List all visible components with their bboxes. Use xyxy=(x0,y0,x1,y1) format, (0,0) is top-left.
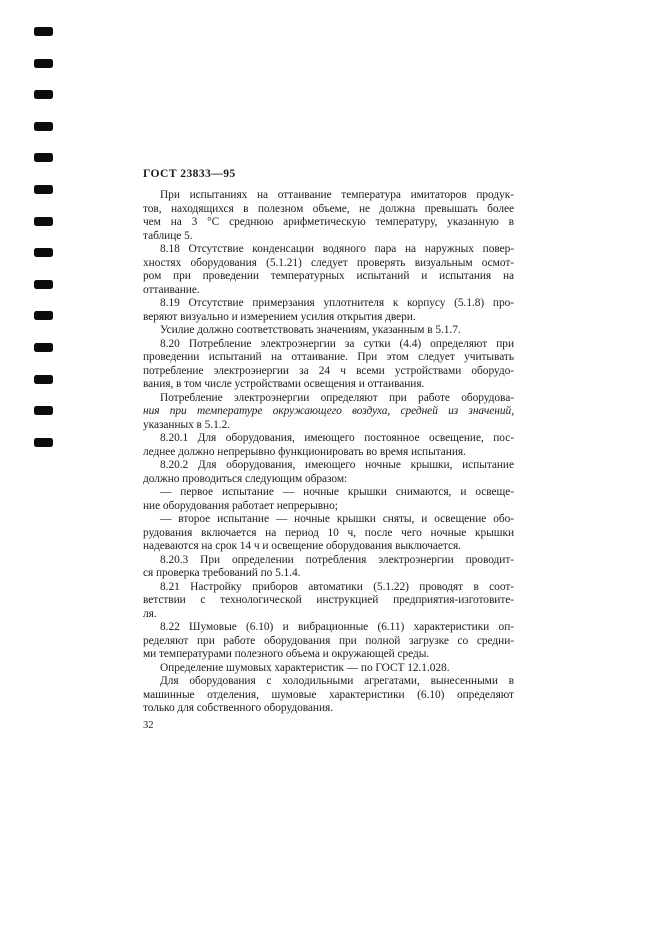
text-line: 8.21 Настройку приборов автоматики (5.1.… xyxy=(143,581,514,595)
paragraph: 8.20.1 Для оборудования, имеющего постоя… xyxy=(143,432,514,459)
paragraph: Для оборудования с холодильными агрегата… xyxy=(143,675,514,716)
text-line: ределяют при работе оборудования при пол… xyxy=(143,635,514,649)
paragraph: 8.22 Шумовые (6.10) и вибрационные (6.11… xyxy=(143,621,514,662)
text-line: чем на 3 °С среднюю арифметическую темпе… xyxy=(143,216,514,230)
document-header: ГОСТ 23833—95 xyxy=(143,167,236,180)
binding-mark xyxy=(34,248,53,257)
paragraph: 8.20.2 Для оборудования, имеющего ночные… xyxy=(143,459,514,486)
text-line: 8.19 Отсутствие примерзания уплотнителя … xyxy=(143,297,514,311)
paragraph: Определение шумовых характеристик — по Г… xyxy=(143,662,514,676)
paragraph: 8.20 Потребление электроэнергии за сутки… xyxy=(143,338,514,392)
text-line: машинные отделения, шумовые характеристи… xyxy=(143,689,514,703)
text-line: 8.20.3 При определении потребления элект… xyxy=(143,554,514,568)
scan-binding-marks xyxy=(0,0,60,460)
text-line: вания, в том числе устройствами освещени… xyxy=(143,378,514,392)
document-page: ГОСТ 23833—95 При испытаниях на оттаиван… xyxy=(0,0,661,935)
text-line: 8.22 Шумовые (6.10) и вибрационные (6.11… xyxy=(143,621,514,635)
paragraph: Потребление электроэнергии определяют пр… xyxy=(143,392,514,433)
text-line: проведении испытаний на оттаивание. При … xyxy=(143,351,514,365)
binding-mark xyxy=(34,438,53,447)
paragraph: 8.19 Отсутствие примерзания уплотнителя … xyxy=(143,297,514,324)
paragraph: Усилие должно соответствовать значениям,… xyxy=(143,324,514,338)
binding-mark xyxy=(34,311,53,320)
text-line: Определение шумовых характеристик — по Г… xyxy=(143,662,514,676)
text-line: 8.18 Отсутствие конденсации водяного пар… xyxy=(143,243,514,257)
text-line: рудования включается на период 10 ч, пос… xyxy=(143,527,514,541)
binding-mark xyxy=(34,122,53,131)
text-line: ветствии с технологической инструкцией п… xyxy=(143,594,514,608)
text-line: ния при температуре окружающего воздуха,… xyxy=(143,405,514,419)
text-line: оттаивание. xyxy=(143,284,514,298)
binding-mark xyxy=(34,343,53,352)
binding-mark xyxy=(34,185,53,194)
binding-mark xyxy=(34,375,53,384)
text-line: ми температурами полезного объема и окру… xyxy=(143,648,514,662)
paragraph: — первое испытание — ночные крышки снима… xyxy=(143,486,514,513)
binding-mark xyxy=(34,280,53,289)
text-line: надеваются на срок 14 ч и освещение обор… xyxy=(143,540,514,554)
text-line: хностях оборудования (5.1.21) следует пр… xyxy=(143,257,514,271)
text-line: потребление электроэнергии за 24 ч всеми… xyxy=(143,365,514,379)
text-line: — первое испытание — ночные крышки снима… xyxy=(143,486,514,500)
paragraph: 8.18 Отсутствие конденсации водяного пар… xyxy=(143,243,514,297)
paragraph: При испытаниях на оттаивание температура… xyxy=(143,189,514,243)
text-line: ся проверка требований по 5.1.4. xyxy=(143,567,514,581)
text-line: леднее должно непрерывно функционировать… xyxy=(143,446,514,460)
page-number: 32 xyxy=(143,720,154,731)
paragraph: 8.20.3 При определении потребления элект… xyxy=(143,554,514,581)
text-line: При испытаниях на оттаивание температура… xyxy=(143,189,514,203)
text-line: тов, находящихся в полезном объеме, не д… xyxy=(143,203,514,217)
text-line: таблице 5. xyxy=(143,230,514,244)
document-body: При испытаниях на оттаивание температура… xyxy=(143,189,514,716)
paragraph: — второе испытание — ночные крышки сняты… xyxy=(143,513,514,554)
text-line: 8.20 Потребление электроэнергии за сутки… xyxy=(143,338,514,352)
binding-mark xyxy=(34,217,53,226)
text-line: ля. xyxy=(143,608,514,622)
text-line: — второе испытание — ночные крышки сняты… xyxy=(143,513,514,527)
binding-mark xyxy=(34,406,53,415)
text-line: Усилие должно соответствовать значениям,… xyxy=(143,324,514,338)
text-line: Для оборудования с холодильными агрегата… xyxy=(143,675,514,689)
text-line: ром при проведении температурных испытан… xyxy=(143,270,514,284)
text-line: должно проводиться следующим образом: xyxy=(143,473,514,487)
text-line: ние оборудования работает непрерывно; xyxy=(143,500,514,514)
binding-mark xyxy=(34,59,53,68)
paragraph: 8.21 Настройку приборов автоматики (5.1.… xyxy=(143,581,514,622)
text-line: веряют визуально и измерением усилия отк… xyxy=(143,311,514,325)
binding-mark xyxy=(34,27,53,36)
binding-mark xyxy=(34,90,53,99)
text-line: только для собственного оборудования. xyxy=(143,702,514,716)
text-line: Потребление электроэнергии определяют пр… xyxy=(143,392,514,406)
text-line: указанных в 5.1.2. xyxy=(143,419,514,433)
text-line: 8.20.1 Для оборудования, имеющего постоя… xyxy=(143,432,514,446)
binding-mark xyxy=(34,153,53,162)
text-line: 8.20.2 Для оборудования, имеющего ночные… xyxy=(143,459,514,473)
